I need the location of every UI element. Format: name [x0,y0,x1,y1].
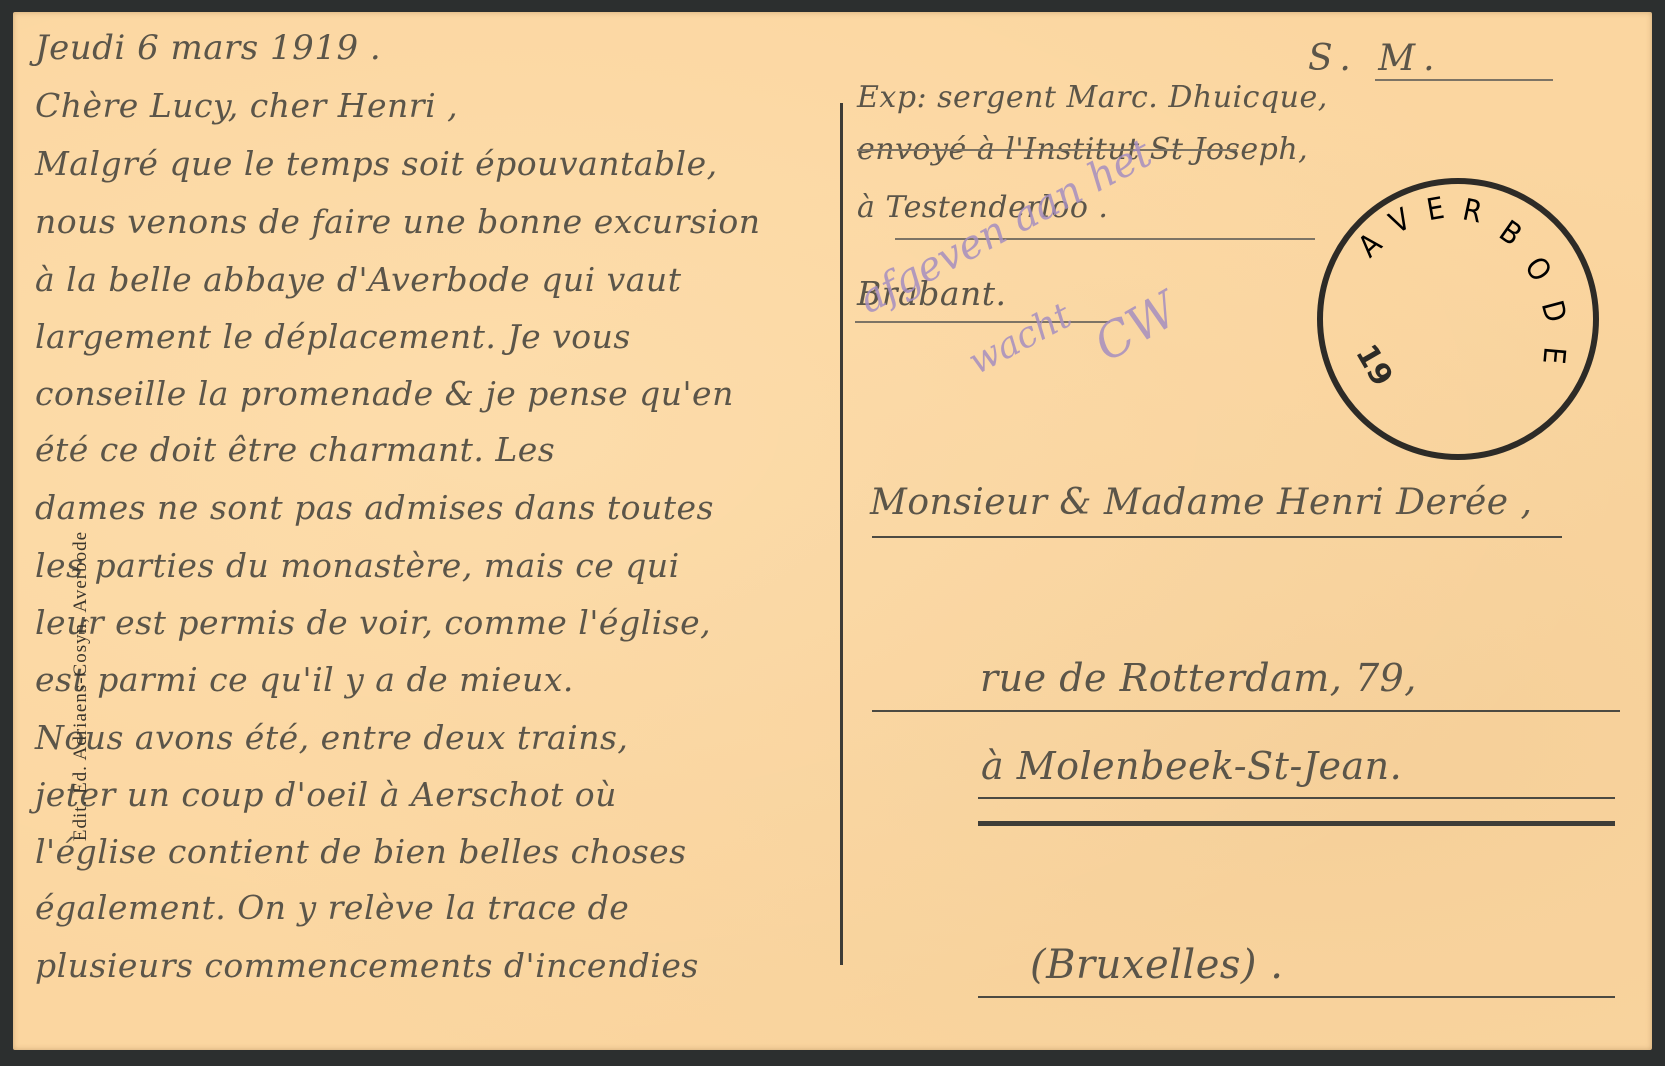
letter-line: largement le déplacement. Je vous [35,317,631,356]
letter-line: leur est permis de voir, comme l'église, [35,603,711,642]
postmark-letter: E [1424,191,1447,228]
postmark-letter: A [1352,226,1389,264]
postmark-letter: O [1517,251,1558,288]
letter-line: également. On y relève la trace de [35,888,629,927]
postcard-back: Jeudi 6 mars 1919 . Chère Lucy, cher Hen… [13,12,1652,1050]
letter-line: Malgré que le temps soit épouvantable, [35,144,718,183]
publisher-imprint: Edit. Ed. Adriaens-Cosyn, Averbode [70,466,92,906]
address-rule-thick [978,821,1615,826]
header-mark: S. M. [1308,38,1443,79]
postmark-letter: R [1460,192,1486,230]
recipient-line: à Molenbeek-St-Jean. [981,744,1402,788]
letter-salutation: Chère Lucy, cher Henri , [35,86,458,125]
postmark-number: 19 [1348,339,1399,393]
header-mark-underline [1375,79,1553,81]
letter-line: plusieurs commencements d'incendies [35,946,699,985]
letter-line: l'église contient de bien belles choses [35,832,687,871]
postmark-letter: B [1493,214,1528,253]
postmark-letter: E [1535,345,1571,365]
letter-line: jeter un coup d'oeil à Aerschot où [35,775,617,814]
letter-line: été ce doit être charmant. Les [35,430,555,469]
letter-line: Nous avons été, entre deux trains, [35,718,628,757]
letter-date-line: Jeudi 6 mars 1919 . [35,28,381,68]
recipient-line: rue de Rotterdam, 79, [980,656,1417,700]
postmark-stamp: A V E R B O D E 19 [1317,178,1599,460]
letter-line: à la belle abbaye d'Averbode qui vaut [35,260,681,299]
address-rule [872,710,1620,712]
postmark-letter: V [1384,202,1417,242]
center-divider [840,103,843,965]
sender-line: Exp: sergent Marc. Dhuicque, [857,80,1328,115]
letter-line: conseille la promenade & je pense qu'en [35,374,734,413]
annotation-initials: CW [1085,281,1188,373]
postmark-letter: D [1534,297,1573,326]
letter-line: les parties du monastère, mais ce qui [35,546,680,585]
address-rule [872,536,1562,538]
address-rule [978,996,1615,998]
recipient-line: Monsieur & Madame Henri Derée , [870,482,1532,523]
recipient-line: (Bruxelles) . [1030,942,1283,988]
letter-line: dames ne sont pas admises dans toutes [35,488,714,527]
address-rule [978,797,1615,799]
letter-line: est parmi ce qu'il y a de mieux. [35,660,574,699]
printed-rule [857,149,1237,151]
letter-line: nous venons de faire une bonne excursion [35,202,760,241]
